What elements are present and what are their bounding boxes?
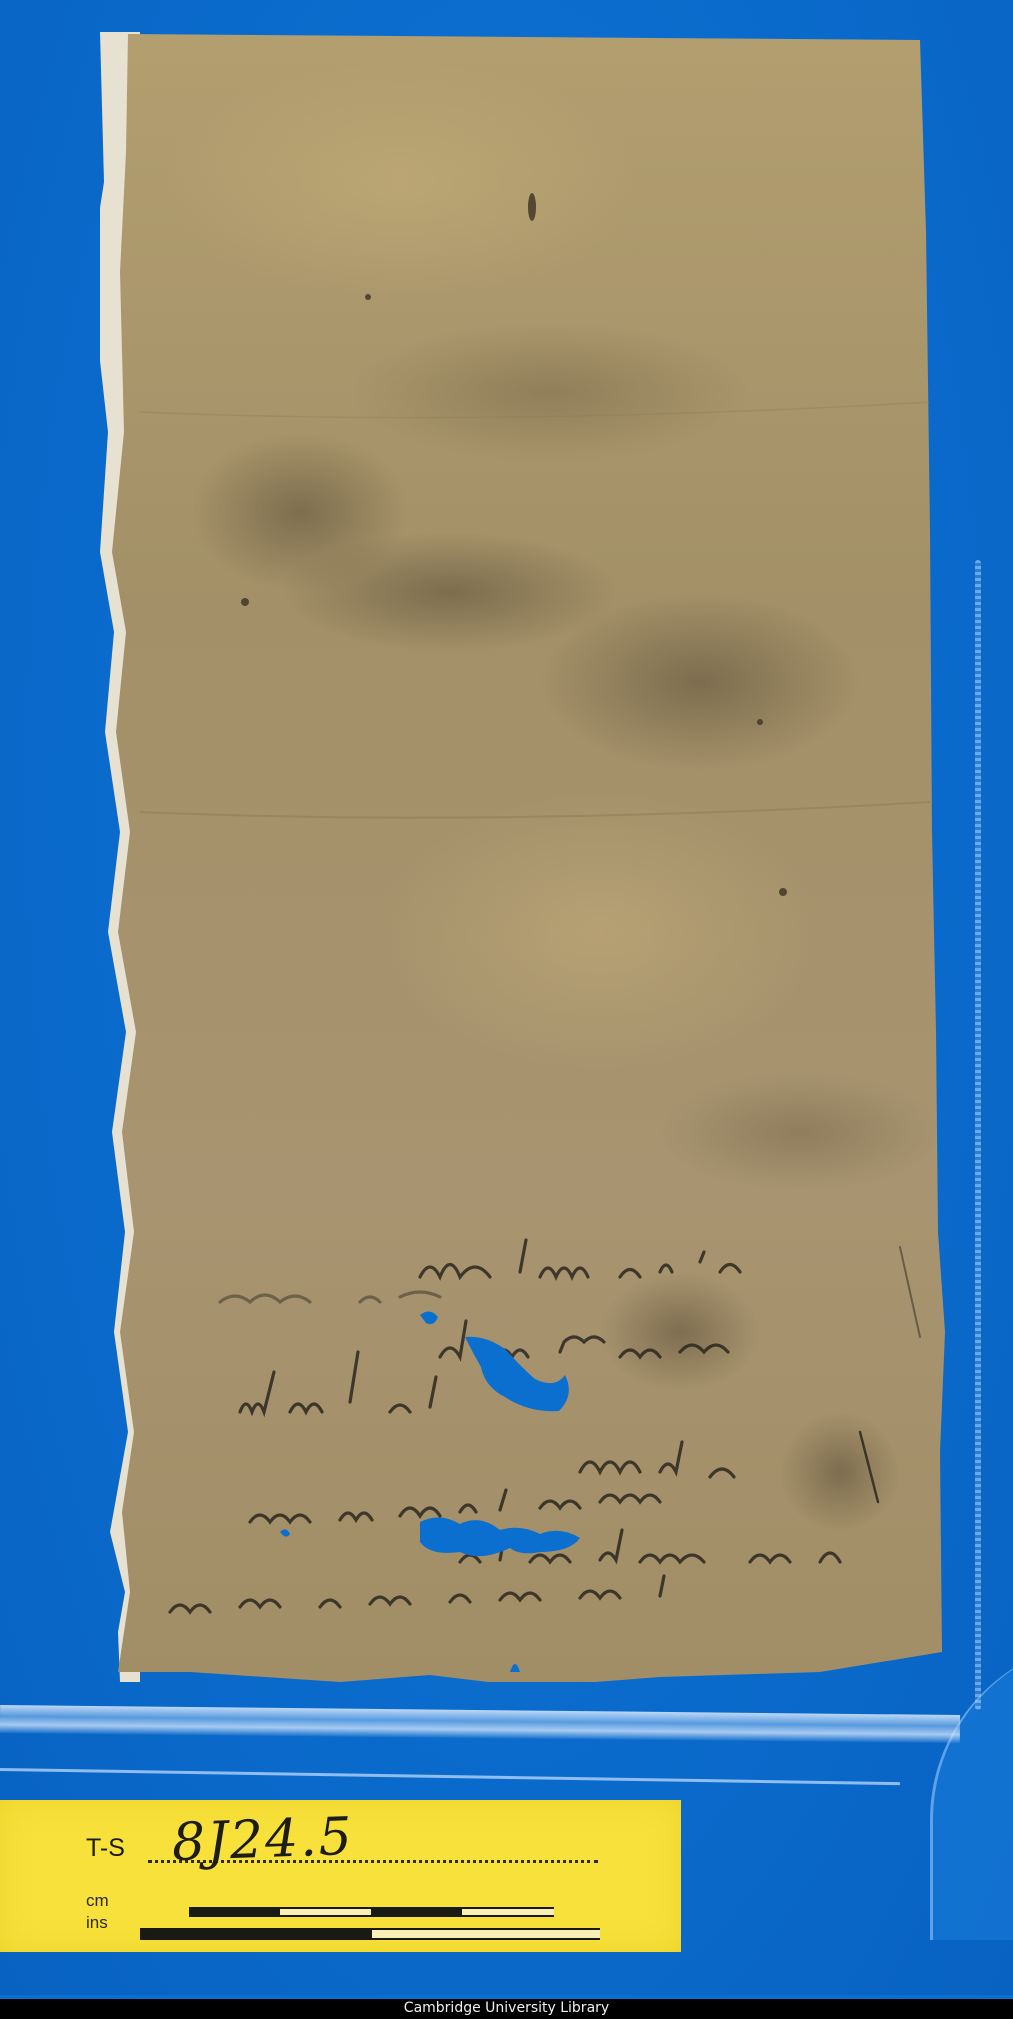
manuscript-fragment	[100, 32, 945, 1682]
sleeve-seam	[975, 560, 981, 1710]
caption-bar: Cambridge University Library	[0, 1999, 1013, 2019]
scale-cm-label: cm	[86, 1891, 109, 1911]
shelfmark-handwritten: 8J24.5	[171, 1807, 355, 1873]
scale-ins-label: ins	[86, 1913, 108, 1933]
scale-bar-ins	[140, 1928, 600, 1940]
collection-prefix: T-S	[86, 1834, 125, 1863]
shelfmark-label: T-S 8J24.5 cm ins	[0, 1800, 681, 1952]
caption-text: Cambridge University Library	[0, 2000, 1013, 2016]
scale-bar-cm	[189, 1907, 554, 1917]
